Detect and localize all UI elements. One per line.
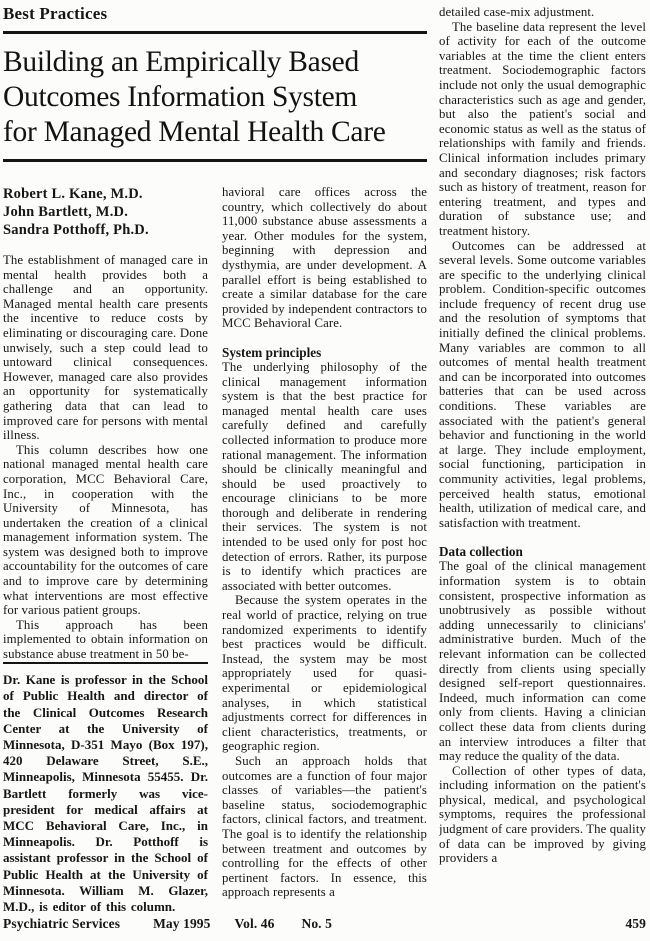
issue-date: May 1995 [153,916,210,932]
article-paragraph: The establishment of managed care in men… [3,253,208,443]
article-title-line-3: for Managed Mental Health Care [3,115,427,150]
text-column-3: detailed case-mix adjustment. The baseli… [439,3,646,911]
section-heading-data-collection: Data collection [439,544,646,559]
article-paragraph: The underlying philosophy of the clinica… [222,360,427,594]
text-column-2: havioral care offices across the country… [222,185,427,913]
header-rule-top [3,31,427,34]
affiliation-text: Dr. Kane is professor in the School of P… [3,672,208,915]
article-paragraph: Outcomes can be addressed at several lev… [439,239,646,531]
journal-name: Psychiatric Services [3,916,120,932]
section-heading-system-principles: System principles [222,345,427,360]
page-footer: Psychiatric Services May 1995 Vol. 46 No… [3,916,646,932]
article-paragraph: The goal of the clinical management info… [439,559,646,763]
author-name-3: Sandra Potthoff, Ph.D. [3,221,208,239]
author-name-1: Robert L. Kane, M.D. [3,185,208,203]
article-paragraph: Because the system operates in the real … [222,593,427,754]
issue-number-label: No. 5 [301,916,332,932]
journal-page: Best Practices Building an Empirically B… [0,0,650,941]
article-title-line-1: Building an Empirically Based [3,45,427,80]
article-title-line-2: Outcomes Information System [3,80,427,115]
text-column-1: Robert L. Kane, M.D. John Bartlett, M.D.… [3,185,208,913]
column-kicker: Best Practices [3,3,427,24]
author-affiliation-note: Dr. Kane is professor in the School of P… [3,662,208,916]
affiliation-rule [3,662,208,665]
author-list: Robert L. Kane, M.D. John Bartlett, M.D.… [3,185,208,239]
article-header-and-columns: Best Practices Building an Empirically B… [3,3,427,913]
volume-label: Vol. 46 [235,916,275,932]
header-rule-bottom [3,159,427,162]
article-paragraph: Collection of other types of data, inclu… [439,764,646,866]
page-content: Best Practices Building an Empirically B… [0,0,650,913]
article-paragraph: This column describes how one national m… [3,443,208,618]
article-paragraph: Such an approach holds that outcomes are… [222,754,427,900]
article-title: Building an Empirically BasedOutcomes In… [3,45,427,150]
two-column-body: Robert L. Kane, M.D. John Bartlett, M.D.… [3,185,427,913]
page-number: 459 [625,916,646,932]
author-name-2: John Bartlett, M.D. [3,203,208,221]
article-paragraph: The baseline data represent the level of… [439,20,646,239]
article-paragraph: havioral care offices across the country… [222,185,427,331]
article-paragraph: detailed case-mix adjustment. [439,5,646,20]
article-paragraph: This approach has been implemented to ob… [3,618,208,662]
